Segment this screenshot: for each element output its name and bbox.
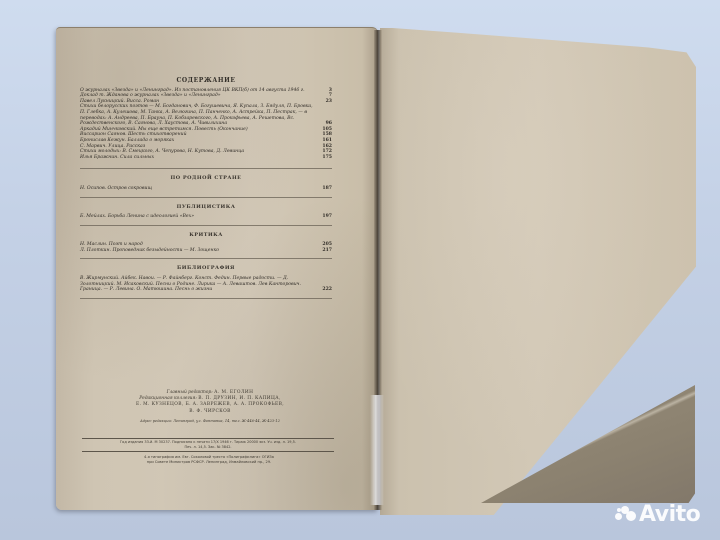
entry-page-number: 222 [316,287,332,293]
toc-sections: ПО РОДНОЙ СТРАНЕН. Осипов. Остров сокров… [80,176,332,299]
entry-page-number: 23 [316,99,332,105]
spine-repair-tape [370,395,384,505]
editorial-address: Адрес редакции: Ленинград, ул. Фонтанка,… [80,418,340,424]
print-info-line-2: Печ. л. 14,5. Зак. № 3842. [82,445,334,450]
main-entries: О журналах «Звезда» и «Ленинград». Из по… [80,88,332,161]
toc-entry: В. Жирмунский. Айбек. Навои. — Р. Файнбе… [80,276,332,293]
photo-scene: СОДЕРЖАНИЕ О журналах «Звезда» и «Ленинг… [0,0,720,540]
divider [80,298,332,299]
avito-dots-icon [614,505,636,523]
divider [80,168,332,169]
board-members-1: В. П. ДРУЗИН, И. П. КАПИЦА, [198,396,281,401]
toc-entry: Стихи белорусских поэтов — М. Богданович… [80,104,332,126]
entry-title: Н. Осипов. Остров сокровищ [80,186,316,192]
chief-editor-name: А. М. ЕГОЛИН [214,390,253,395]
divider [80,225,332,226]
editorial-imprint: Главный редактор: А. М. ЕГОЛИН Редакцион… [80,390,340,424]
section-heading: КРИТИКА [80,233,332,239]
watermark-text: Avito [639,502,700,527]
toc-entry: Н. Осипов. Остров сокровищ187 [80,186,332,192]
section-heading: БИБЛИОГРАФИЯ [80,266,332,272]
entry-title: Илья Бражнин. Сила сильных [80,155,316,161]
toc-entry: Илья Бражнин. Сила сильных175 [80,155,332,161]
toc-heading: СОДЕРЖАНИЕ [80,78,332,84]
chief-editor-label: Главный редактор: [167,390,213,395]
toc-entry: Б. Мейлах. Борьба Ленина с идеологией «В… [80,214,332,220]
print-info: Год издания 33-й. М 30237. Подписано к п… [82,438,334,452]
divider [80,197,332,198]
section-heading: ПУБЛИЦИСТИКА [80,205,332,211]
entry-page-number: 187 [316,186,332,192]
avito-watermark: Avito [614,499,700,529]
entry-title: Стихи белорусских поэтов — М. Богданович… [80,104,316,126]
entry-title: Б. Мейлах. Борьба Ленина с идеологией «В… [80,214,316,220]
board-members-3: В. Ф. ЧИРСКОВ [80,409,340,415]
section-heading: ПО РОДНОЙ СТРАНЕ [80,176,332,182]
entry-page-number: 175 [316,155,332,161]
divider [80,258,332,259]
printer-info: 4-я типография им. Евг. Соколовой треста… [96,455,322,465]
table-of-contents: СОДЕРЖАНИЕ О журналах «Звезда» и «Ленинг… [80,78,332,299]
entry-title: Л. Плоткин. Проповедник безыдейности — М… [80,248,316,254]
board-label: Редакционная коллегия: [139,396,197,401]
printer-line-2: при Совете Министров РСФСР. Ленинград, И… [96,460,322,465]
entry-page-number: 197 [316,214,332,220]
entry-title: В. Жирмунский. Айбек. Навои. — Р. Файнбе… [80,276,316,293]
toc-entry: Л. Плоткин. Проповедник безыдейности — М… [80,248,332,254]
entry-page-number: 217 [316,248,332,254]
